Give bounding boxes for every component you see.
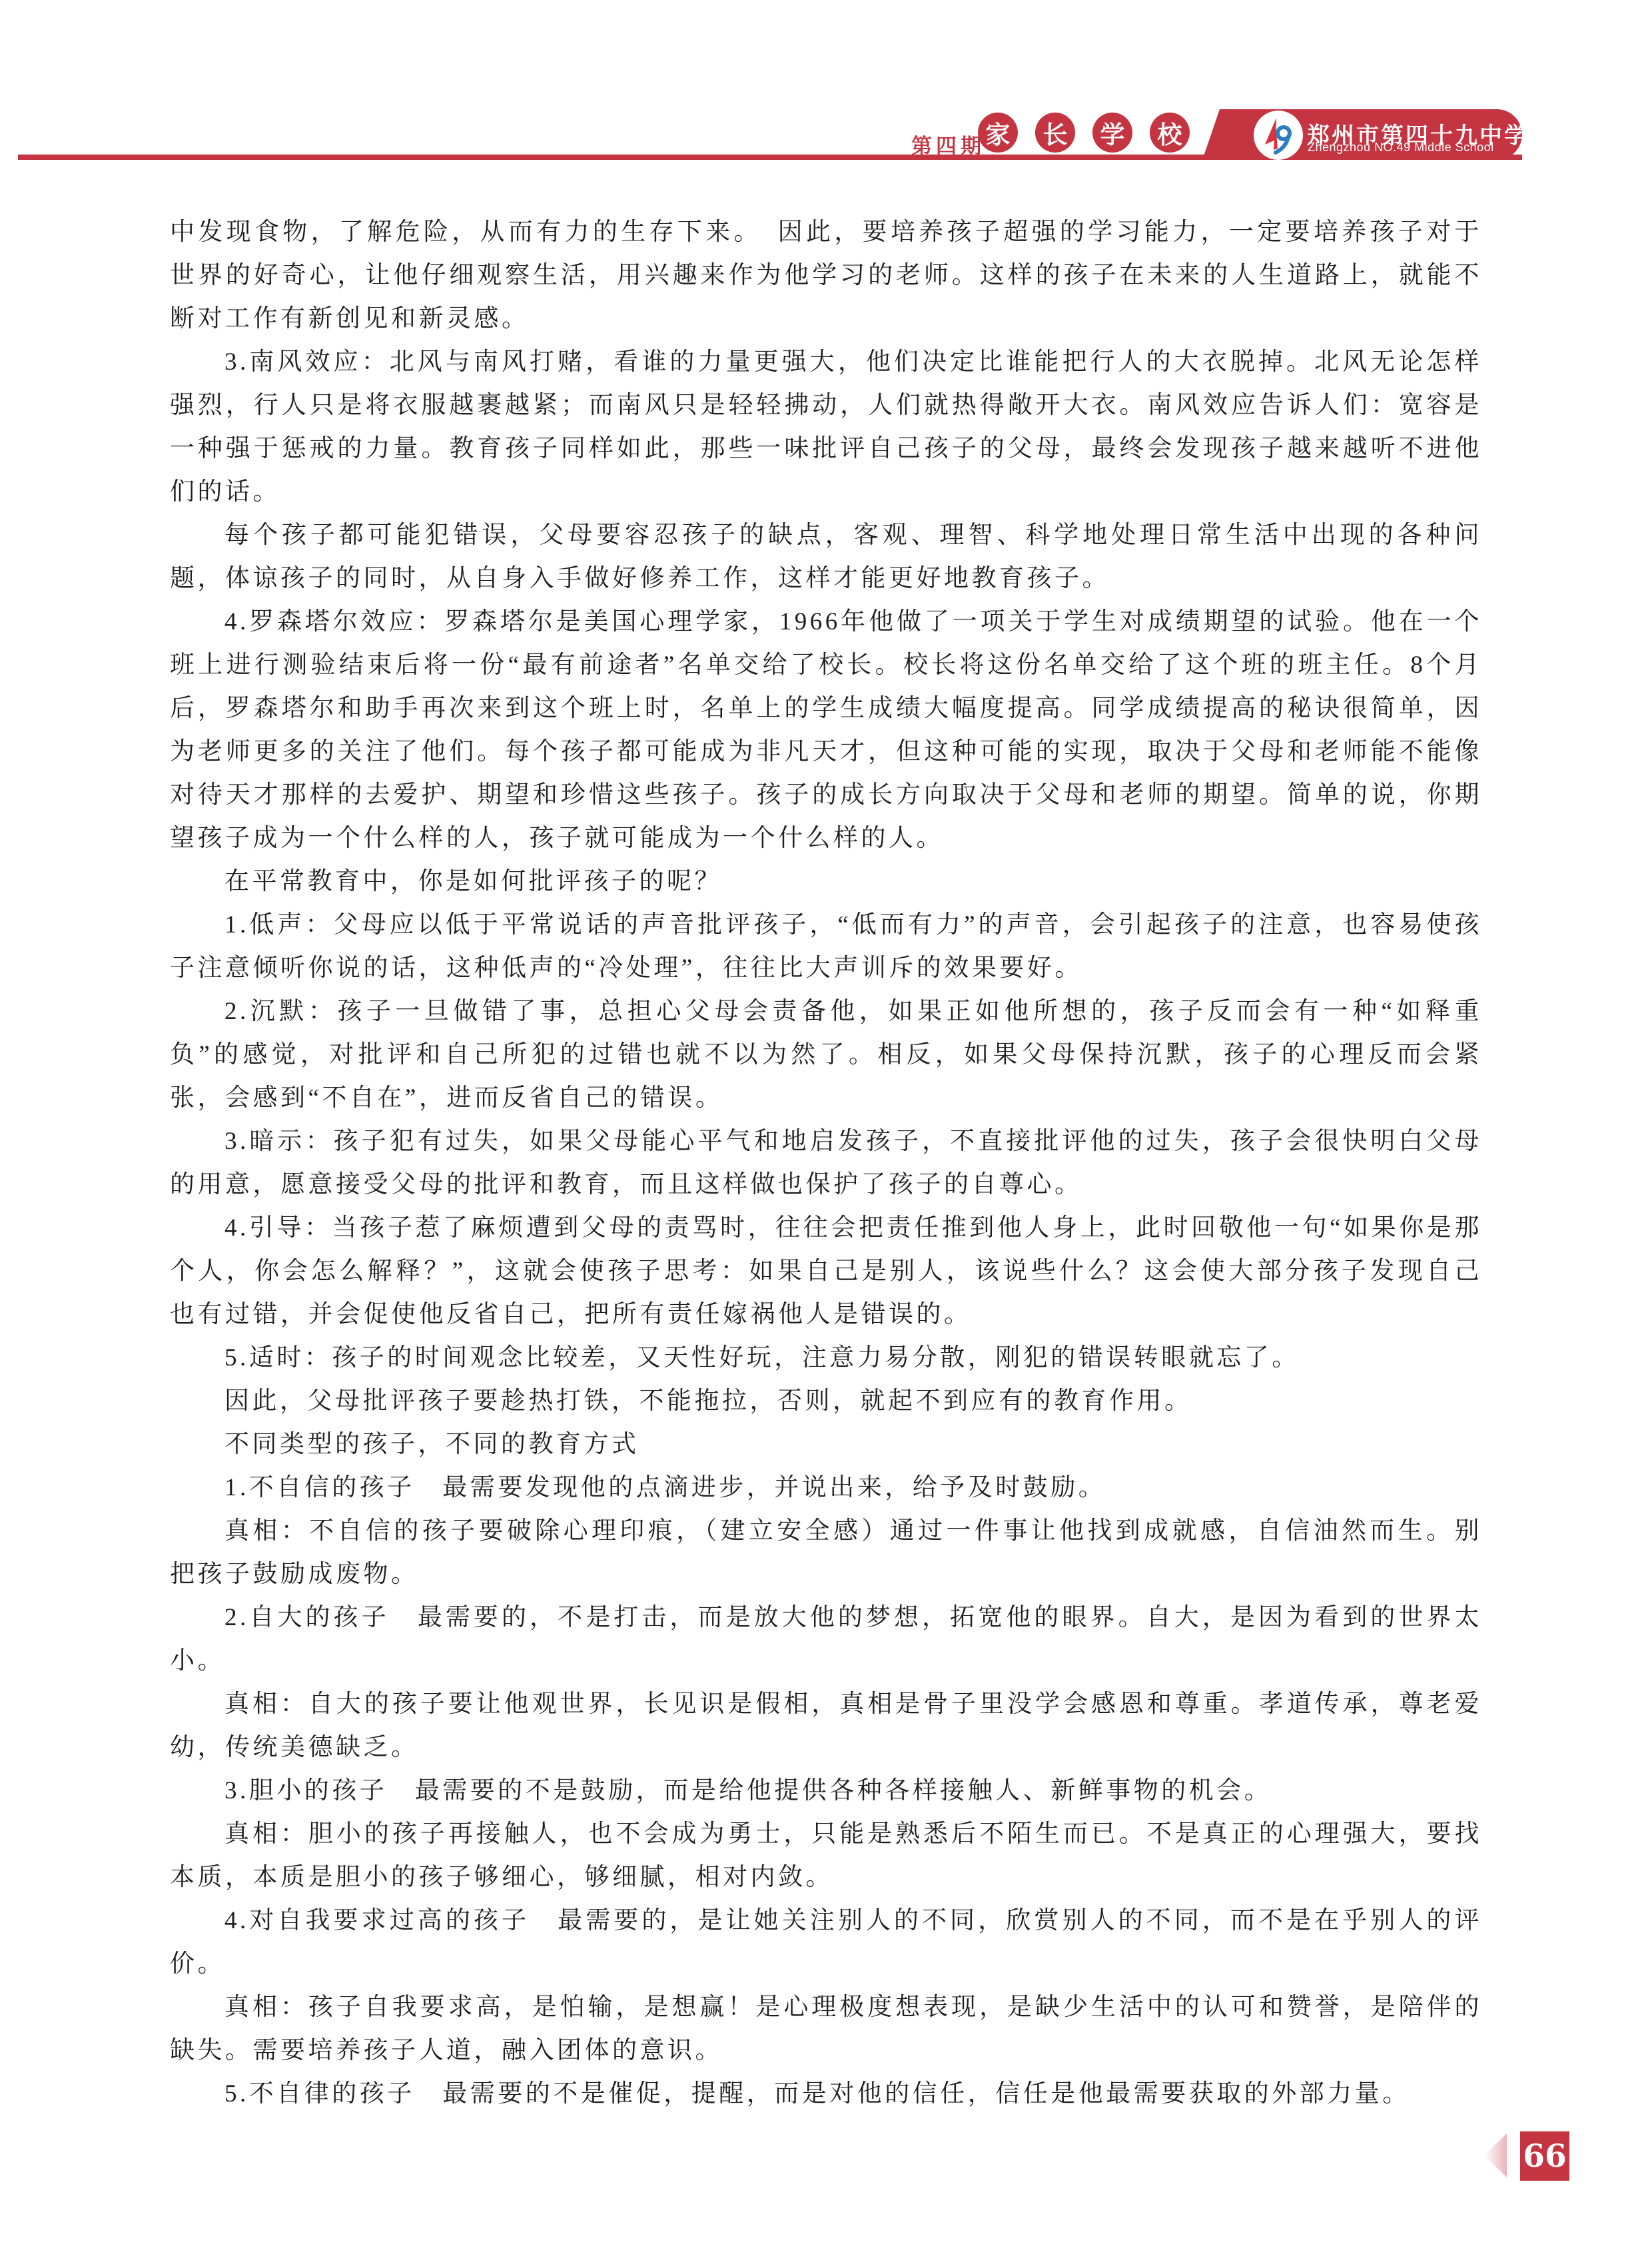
magazine-page: 第四期 家 长 学 校 郑州市第四十九中学 Zhengzhou NO.49 Mi… [0, 0, 1652, 2242]
masthead-char: 家 [986, 115, 1011, 151]
issue-label: 第四期 [911, 129, 985, 159]
masthead-char: 学 [1100, 115, 1125, 151]
page-number: 66 [1523, 2138, 1566, 2175]
body-paragraph: 3.胆小的孩子 最需要的不是鼓励，而是给他提供各种各样接触人、新鲜事物的机会。 [170, 1769, 1482, 1812]
body-paragraph: 真相：孩子自我要求高，是怕输，是想赢！是心理极度想表现，是缺少生活中的认可和赞誉… [170, 1986, 1482, 2072]
body-paragraph: 3.南风效应：北风与南风打赌，看谁的力量更强大，他们决定比谁能把行人的大衣脱掉。… [170, 340, 1482, 514]
body-paragraph: 真相：自大的孩子要让他观世界，长见识是假相，真相是骨子里没学会感恩和尊重。孝道传… [170, 1682, 1482, 1769]
body-paragraph: 5.不自律的孩子 最需要的不是催促，提醒，而是对他的信任，信任是他最需要获取的外… [170, 2072, 1482, 2115]
body-paragraph: 4.引导：当孩子惹了麻烦遭到父母的责骂时，往往会把责任推到他人身上，此时回敬他一… [170, 1206, 1482, 1336]
body-paragraph: 真相：不自信的孩子要破除心理印痕，（建立安全感）通过一件事让他找到成就感，自信油… [170, 1509, 1482, 1596]
body-paragraph: 在平常教育中，你是如何批评孩子的呢？ [170, 860, 1482, 903]
school-logo-49-icon [1254, 111, 1303, 160]
masthead-title: 家 长 学 校 [978, 113, 1190, 153]
body-paragraph: 2.沉默：孩子一旦做错了事，总担心父母会责备他，如果正如他所想的，孩子反而会有一… [170, 990, 1482, 1120]
body-paragraph: 中发现食物，了解危险，从而有力的生存下来。 因此，要培养孩子超强的学习能力，一定… [170, 210, 1482, 340]
article-body: 中发现食物，了解危险，从而有力的生存下来。 因此，要培养孩子超强的学习能力，一定… [170, 210, 1482, 2115]
school-name-en: Zhengzhou NO.49 Middle School [1308, 141, 1494, 155]
body-paragraph: 4.对自我要求过高的孩子 最需要的，是让她关注别人的不同，欣赏别人的不同，而不是… [170, 1899, 1482, 1986]
masthead-char: 长 [1043, 115, 1068, 151]
body-paragraph: 5.适时：孩子的时间观念比较差，又天性好玩，注意力易分散，刚犯的错误转眼就忘了。 [170, 1336, 1482, 1379]
masthead-circle: 家 [978, 113, 1018, 153]
body-paragraph: 3.暗示：孩子犯有过失，如果父母能心平气和地启发孩子，不直接批评他的过失，孩子会… [170, 1120, 1482, 1206]
masthead-circle: 学 [1092, 113, 1132, 153]
masthead-char: 校 [1158, 115, 1182, 151]
body-paragraph: 不同类型的孩子，不同的教育方式 [170, 1423, 1482, 1466]
body-paragraph: 2.自大的孩子 最需要的，不是打击，而是放大他的梦想，拓宽他的眼界。自大，是因为… [170, 1596, 1482, 1682]
body-paragraph: 每个孩子都可能犯错误，父母要容忍孩子的缺点，客观、理智、科学地处理日常生活中出现… [170, 514, 1482, 600]
body-paragraph: 1.不自信的孩子 最需要发现他的点滴进步，并说出来，给予及时鼓励。 [170, 1466, 1482, 1509]
masthead-circle: 长 [1035, 113, 1075, 153]
body-paragraph: 因此，父母批评孩子要趁热打铁，不能拖拉，否则，就起不到应有的教育作用。 [170, 1379, 1482, 1423]
body-paragraph: 真相：胆小的孩子再接触人，也不会成为勇士，只能是熟悉后不陌生而已。不是真正的心理… [170, 1812, 1482, 1899]
body-paragraph: 4.罗森塔尔效应：罗森塔尔是美国心理学家，1966年他做了一项关于学生对成绩期望… [170, 600, 1482, 860]
page-number-badge: 66 [1520, 2131, 1569, 2181]
masthead-circle: 校 [1150, 113, 1190, 153]
body-paragraph: 1.低声：父母应以低于平常说话的声音批评孩子，“低而有力”的声音，会引起孩子的注… [170, 903, 1482, 990]
page-number-pointer-icon [1484, 2133, 1507, 2177]
